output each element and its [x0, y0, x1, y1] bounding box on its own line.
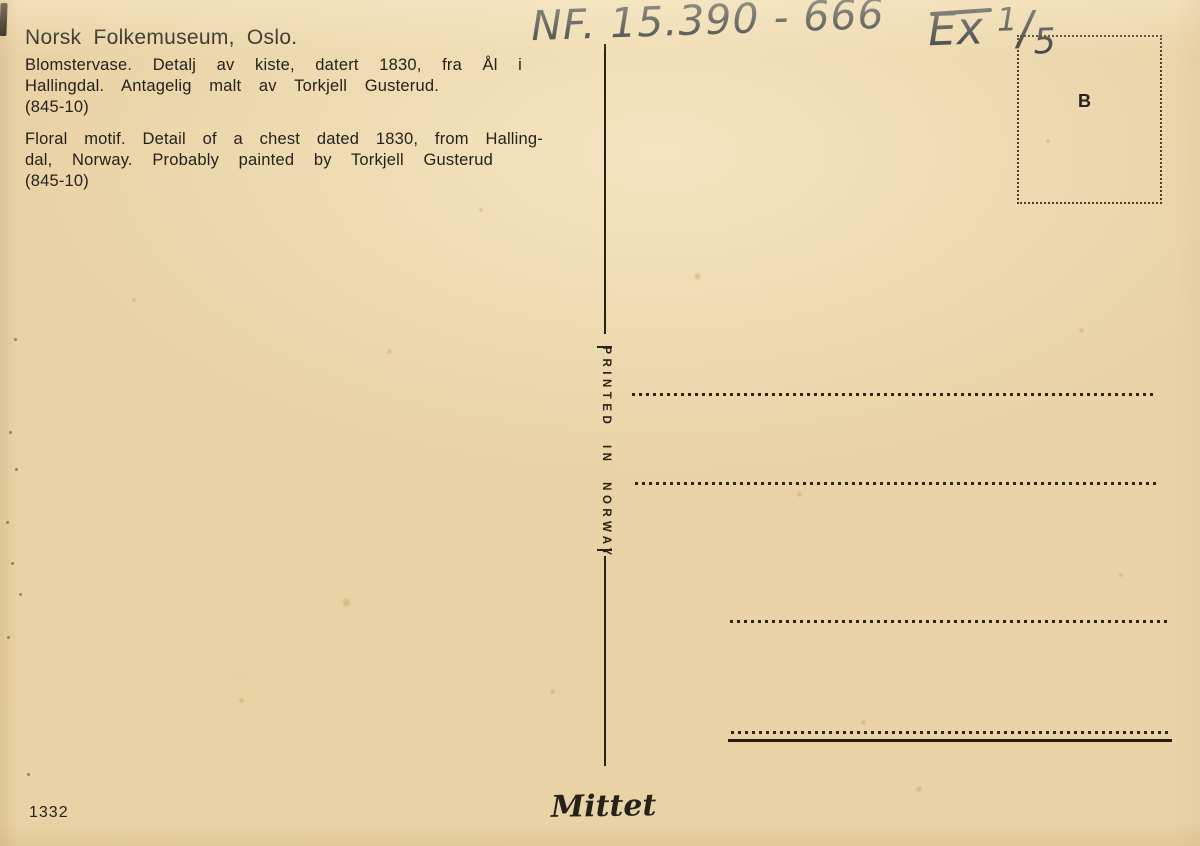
foxing-spot	[1078, 327, 1085, 334]
dust-speck	[19, 593, 22, 596]
stamp-box-letter: B	[1014, 91, 1155, 112]
dust-speck	[27, 773, 30, 776]
printed-in-norway-label: PRINTED IN NORWAY	[598, 343, 612, 563]
foxing-spot	[549, 688, 556, 695]
caption-line: (845-10)	[25, 97, 522, 118]
address-underline	[728, 739, 1172, 742]
foxing-spot	[341, 597, 352, 608]
foxing-spot	[915, 785, 923, 793]
scan-edge-mark	[0, 3, 8, 36]
caption-norwegian: Blomstervase. Detalj av kiste, datert 18…	[25, 55, 522, 118]
caption-line: Blomstervase. Detalj av kiste, datert 18…	[25, 55, 522, 76]
caption-english: Floral motif. Detail of a chest dated 18…	[25, 129, 543, 192]
foxing-spot	[796, 491, 803, 498]
dust-speck	[15, 468, 18, 471]
address-line-4	[731, 731, 1169, 734]
card-number: 1332	[29, 804, 69, 822]
museum-title: Norsk Folkemuseum, Oslo.	[25, 26, 297, 50]
publisher-logo: Mittet	[551, 788, 657, 825]
dust-speck	[11, 562, 14, 565]
foxing-spot	[693, 272, 702, 281]
foxing-spot	[386, 348, 393, 355]
caption-line: (845-10)	[25, 171, 543, 192]
foxing-spot	[131, 297, 137, 303]
divider-line-upper	[604, 44, 606, 334]
caption-line: dal, Norway. Probably painted by Torkjel…	[25, 150, 493, 171]
dust-speck	[6, 521, 9, 524]
dust-speck	[9, 431, 12, 434]
foxing-spot	[860, 719, 867, 726]
dust-speck	[7, 636, 10, 639]
caption-line: Floral motif. Detail of a chest dated 18…	[25, 129, 543, 150]
foxing-spot	[238, 697, 245, 704]
dust-speck	[14, 338, 17, 341]
address-line-2	[635, 482, 1157, 485]
edition-numerator: 1	[996, 0, 1018, 39]
foxing-spot	[1118, 572, 1124, 578]
postcard-back: Norsk Folkemuseum, Oslo. Blomstervase. D…	[0, 0, 1200, 846]
address-line-1	[632, 393, 1157, 396]
caption-line: Hallingdal. Antagelig malt av Torkjell G…	[25, 76, 439, 97]
stamp-box: B	[1017, 35, 1162, 204]
address-line-3	[730, 620, 1167, 623]
divider-dash-lower	[597, 549, 612, 551]
inventory-number-handwriting: NF. 15.390 - 666	[530, 0, 885, 50]
foxing-spot	[478, 207, 484, 213]
divider-line-lower	[604, 556, 606, 766]
